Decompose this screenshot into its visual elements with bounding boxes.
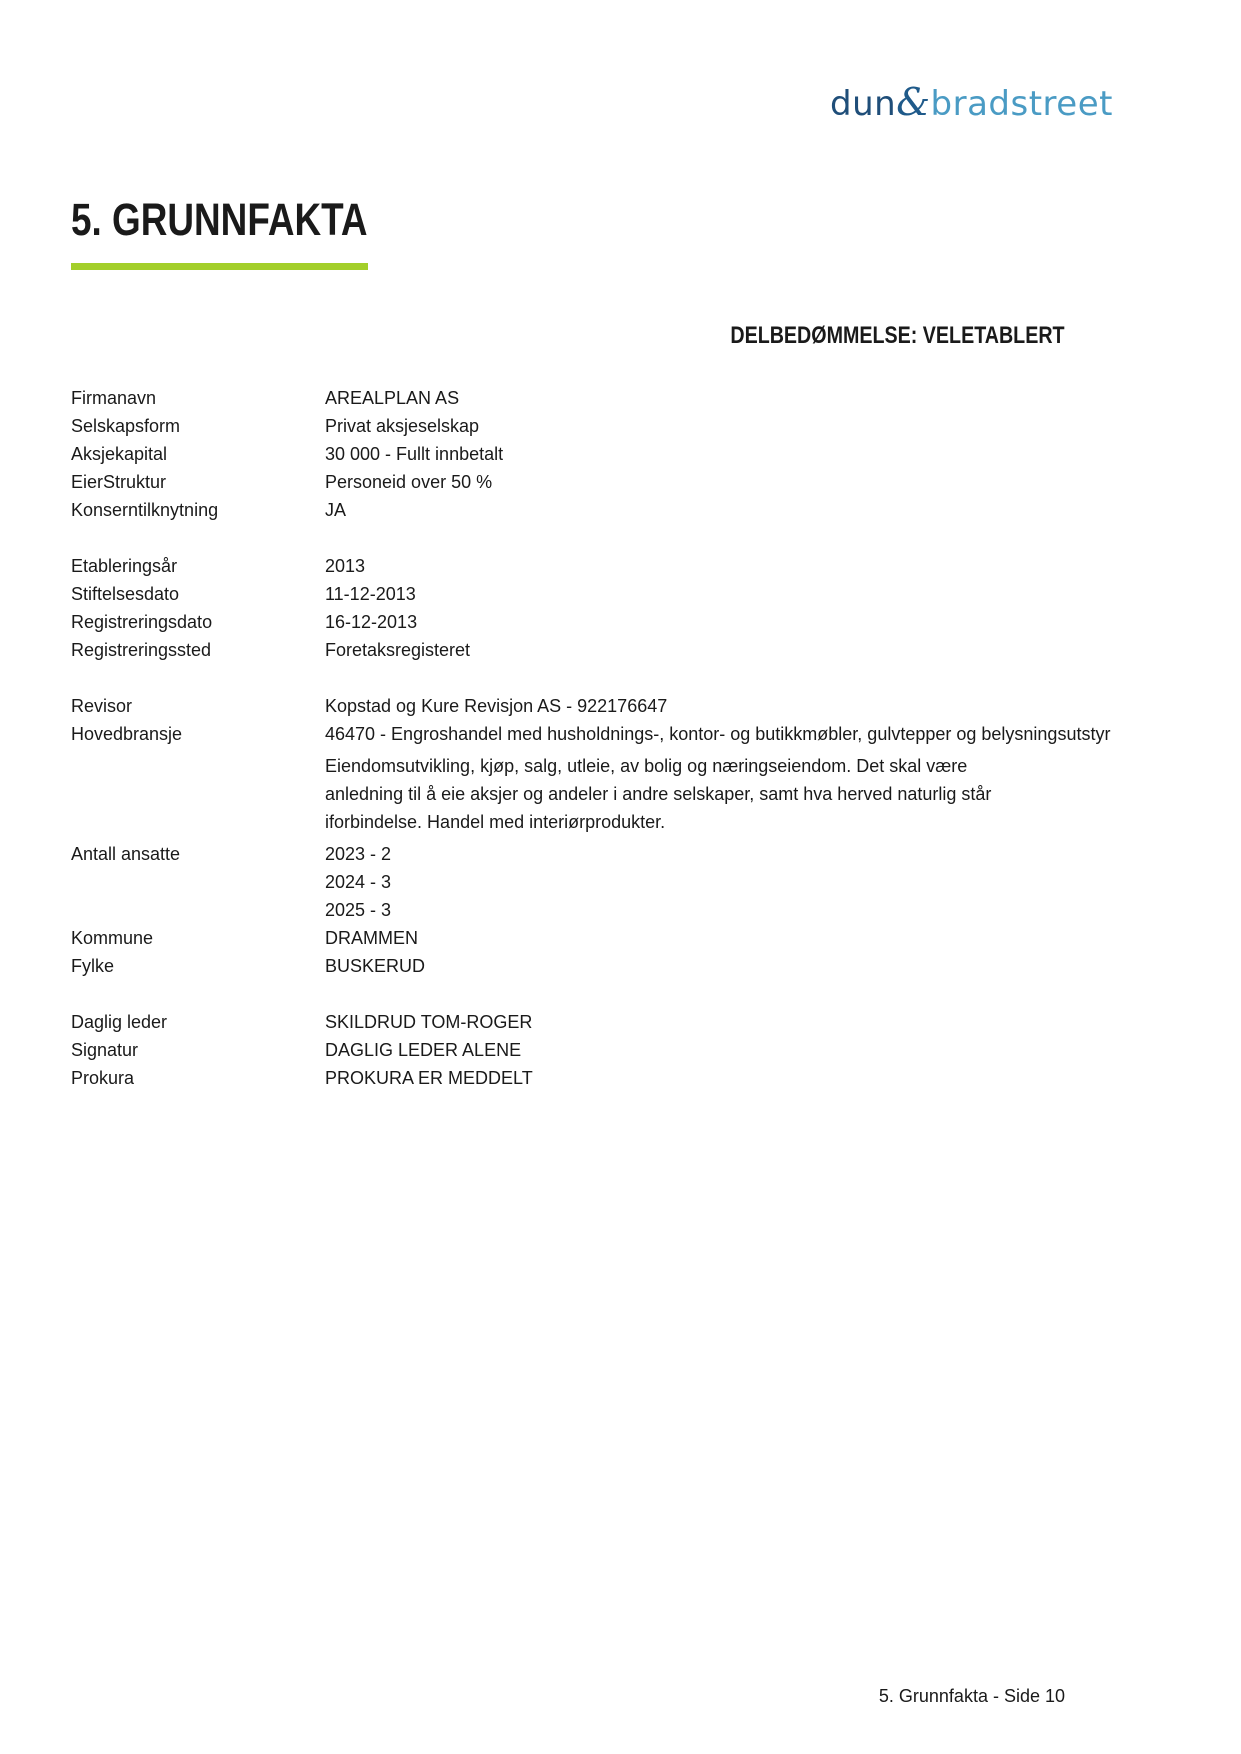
fact-value: 16-12-2013 [325,608,1171,636]
fact-row: KommuneDRAMMEN [71,924,1171,952]
fact-label: Antall ansatte [71,840,325,868]
fact-label: Registreringssted [71,636,325,664]
fact-value: JA [325,496,1171,524]
page-footer: 5. Grunnfakta - Side 10 [879,1686,1065,1707]
fact-value: Privat aksjeselskap [325,412,1171,440]
fact-label: Registreringsdato [71,608,325,636]
fact-value: AREALPLAN AS [325,384,1171,412]
fact-row: Registreringsdato16-12-2013 [71,608,1171,636]
fact-label: Prokura [71,1064,325,1092]
fact-value: 2013 [325,552,1171,580]
fact-value: 11-12-2013 [325,580,1171,608]
employee-count: 2024 - 3 [325,868,1171,896]
fact-value: DRAMMEN [325,924,1171,952]
fact-row: Hovedbransje46470 - Engroshandel med hus… [71,720,1171,748]
fact-label: Fylke [71,952,325,980]
fact-label: Signatur [71,1036,325,1064]
fact-table: FirmanavnAREALPLAN AS SelskapsformPrivat… [71,384,1171,1092]
fact-label: Hovedbransje [71,720,325,748]
page-title: 5. GRUNNFAKTA [71,194,368,246]
fact-value: Kopstad og Kure Revisjon AS - 922176647 [325,692,1171,720]
logo-dun: dun [830,84,896,124]
fact-value: BUSKERUD [325,952,1171,980]
fact-row: SelskapsformPrivat aksjeselskap [71,412,1171,440]
fact-row: KonserntilknytningJA [71,496,1171,524]
fact-label: Daglig leder [71,1008,325,1036]
fact-row: Aksjekapital30 000 - Fullt innbetalt [71,440,1171,468]
logo-bradstreet: bradstreet [931,84,1113,124]
logo-ampersand-icon: & [896,80,930,124]
fact-value: PROKURA ER MEDDELT [325,1064,1171,1092]
fact-row: Daglig lederSKILDRUD TOM-ROGER [71,1008,1171,1036]
fact-label: Konserntilknytning [71,496,325,524]
spacer [71,980,1171,1008]
fact-row: SignaturDAGLIG LEDER ALENE [71,1036,1171,1064]
fact-row: RegistreringsstedForetaksregisteret [71,636,1171,664]
fact-row: RevisorKopstad og Kure Revisjon AS - 922… [71,692,1171,720]
employee-count: 2023 - 2 [325,840,1171,868]
fact-label: Selskapsform [71,412,325,440]
fact-label: Revisor [71,692,325,720]
fact-value: Foretaksregisteret [325,636,1171,664]
dun-bradstreet-logo: dun&bradstreet [830,80,1113,124]
spacer [71,524,1171,552]
fact-row: ProkuraPROKURA ER MEDDELT [71,1064,1171,1092]
fact-row: 2024 - 3 [71,868,1171,896]
fact-row: FylkeBUSKERUD [71,952,1171,980]
spacer [71,664,1171,692]
fact-label: Firmanavn [71,384,325,412]
fact-value: 46470 - Engroshandel med husholdnings-, … [325,720,1171,748]
fact-row: Antall ansatte2023 - 2 [71,840,1171,868]
fact-row: FirmanavnAREALPLAN AS [71,384,1171,412]
fact-row: Etableringsår2013 [71,552,1171,580]
fact-label: Stiftelsesdato [71,580,325,608]
rating-heading: DELBEDØMMELSE: VELETABLERT [731,322,1065,350]
fact-row: Stiftelsesdato11-12-2013 [71,580,1171,608]
fact-value: Personeid over 50 % [325,468,1171,496]
fact-label: Kommune [71,924,325,952]
fact-label: Aksjekapital [71,440,325,468]
fact-label: EierStruktur [71,468,325,496]
title-underline [71,263,368,270]
fact-value: 30 000 - Fullt innbetalt [325,440,1171,468]
fact-label: Etableringsår [71,552,325,580]
fact-row: EierStrukturPersoneid over 50 % [71,468,1171,496]
fact-value: SKILDRUD TOM-ROGER [325,1008,1171,1036]
company-purpose: Eiendomsutvikling, kjøp, salg, utleie, a… [325,752,1025,836]
fact-row: 2025 - 3 [71,896,1171,924]
fact-value: DAGLIG LEDER ALENE [325,1036,1171,1064]
employee-count: 2025 - 3 [325,896,1171,924]
